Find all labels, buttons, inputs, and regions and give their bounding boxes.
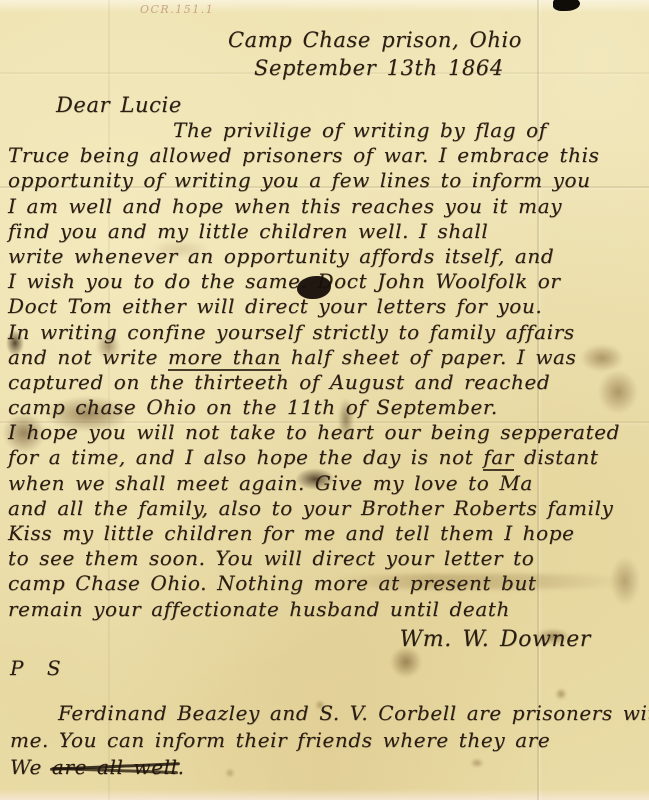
letter-line: write whenever an opportunity affords it…	[8, 244, 645, 269]
underlined-text: more than	[168, 345, 281, 371]
handwritten-text: to see them soon. You will direct your l…	[8, 546, 534, 570]
handwritten-text: Ferdinand Beazley and S. V. Corbell are …	[58, 701, 649, 725]
letter-line: camp chase Ohio on the 11th of September…	[8, 395, 645, 420]
handwritten-text: I hope you will not take to heart our be…	[8, 420, 620, 444]
postscript-body: Ferdinand Beazley and S. V. Corbell are …	[10, 700, 645, 781]
handwritten-text: We	[10, 755, 52, 779]
letter-line: to see them soon. You will direct your l…	[8, 546, 645, 571]
scratched-out-text: are all well	[52, 755, 178, 779]
handwritten-text: and not write	[8, 345, 168, 369]
letter-line: The privilige of writing by flag of	[8, 118, 645, 143]
letter-scan: OCR.151.1 Camp Chase prison, Ohio Septem…	[0, 0, 649, 800]
handwritten-text: Truce being allowed prisoners of war. I …	[8, 143, 600, 167]
handwritten-text: camp chase Ohio on the 11th of September…	[8, 395, 498, 419]
torn-top-edge	[0, 0, 649, 13]
letter-line: I am well and hope when this reaches you…	[8, 194, 645, 219]
handwritten-text: for a time, and I also hope the day is n…	[8, 445, 483, 469]
letter-line: Truce being allowed prisoners of war. I …	[8, 143, 645, 168]
letter-line: In writing confine yourself strictly to …	[8, 320, 645, 345]
handwritten-text: half sheet of paper. I was	[281, 345, 577, 369]
handwritten-text: Doct Tom either will direct your letters…	[8, 294, 542, 318]
letter-line: me. You can inform their friends where t…	[10, 727, 645, 754]
letter-line: Doct Tom either will direct your letters…	[8, 294, 645, 319]
handwritten-text: and all the family, also to your Brother…	[8, 496, 613, 520]
letter-body: The privilige of writing by flag ofTruce…	[8, 118, 645, 622]
letter-line: I hope you will not take to heart our be…	[8, 420, 645, 445]
handwritten-text: find you and my little children well. I …	[8, 219, 488, 243]
handwritten-text: I am well and hope when this reaches you…	[8, 194, 562, 218]
handwritten-text: me. You can inform their friends where t…	[10, 728, 550, 752]
signature: Wm. W. Downer	[400, 627, 591, 652]
letter-line: I wish you to do the same. Doct John Woo…	[8, 269, 645, 294]
handwritten-text: Kiss my little children for me and tell …	[8, 521, 575, 545]
letter-line: Ferdinand Beazley and S. V. Corbell are …	[10, 700, 645, 727]
salutation: Dear Lucie	[56, 93, 182, 117]
heading-date-line: September 13th 1864	[254, 56, 504, 80]
letter-line: when we shall meet again. Give my love t…	[8, 471, 645, 496]
handwritten-text: .	[178, 755, 185, 779]
letter-line: We are all well.	[10, 754, 645, 781]
letter-line: captured on the thirteeth of August and …	[8, 370, 645, 395]
handwritten-text: remain your affectionate husband until d…	[8, 597, 510, 621]
handwritten-text: I wish you to do the same. Doct John Woo…	[8, 269, 561, 293]
handwritten-text: In writing confine yourself strictly to …	[8, 320, 575, 344]
postscript-label: P S	[10, 656, 68, 680]
handwritten-text: captured on the thirteeth of August and …	[8, 370, 550, 394]
handwritten-text: opportunity of writing you a few lines t…	[8, 168, 591, 192]
handwritten-text: The privilige of writing by flag of	[173, 118, 547, 142]
handwritten-text: distant	[514, 445, 599, 469]
pencil-accession-note: OCR.151.1	[140, 3, 214, 16]
letter-line: and not write more than half sheet of pa…	[8, 345, 645, 370]
heading-place-line: Camp Chase prison, Ohio	[228, 28, 522, 52]
letter-line: remain your affectionate husband until d…	[8, 597, 645, 622]
handwritten-text: camp Chase Ohio. Nothing more at present…	[8, 571, 537, 595]
underlined-text: far	[483, 445, 514, 471]
handwritten-text: write whenever an opportunity affords it…	[8, 244, 554, 268]
letter-line: camp Chase Ohio. Nothing more at present…	[8, 571, 645, 596]
ink-speck	[555, 688, 567, 700]
letter-line: Kiss my little children for me and tell …	[8, 521, 645, 546]
letter-line: find you and my little children well. I …	[8, 219, 645, 244]
letter-line: and all the family, also to your Brother…	[8, 496, 645, 521]
letter-line: for a time, and I also hope the day is n…	[8, 445, 645, 470]
bottom-scan-edge	[0, 789, 649, 800]
letter-line: opportunity of writing you a few lines t…	[8, 168, 645, 193]
handwritten-text: when we shall meet again. Give my love t…	[8, 471, 533, 495]
